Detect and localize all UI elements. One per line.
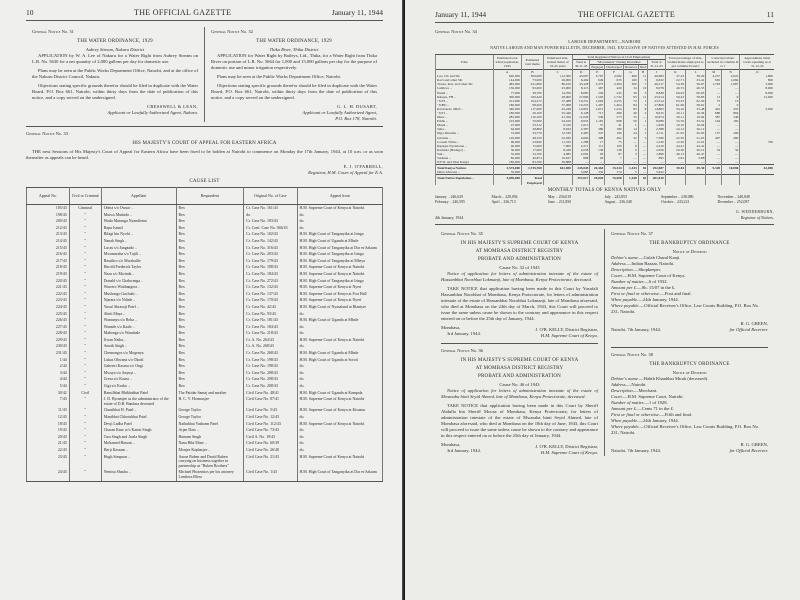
signature: E. J. O'FARRELL, Registrar, H.M. Court o… (26, 164, 383, 176)
table-row: 21/43"Mohamed Hassan ..Nana Bibi Mase ..… (27, 440, 383, 447)
month-name: April (492, 200, 500, 204)
monthly-total: June .. 231,850 (548, 200, 605, 205)
notice-body: Plans may be seen at the Public Works De… (32, 68, 198, 80)
table-row: 24/43"Nemisa Shasha ..Michael Photentios… (27, 469, 383, 481)
table-cell: 2/44 (27, 363, 70, 370)
table-cell: " (69, 363, 101, 370)
table-cell: The Patidar Samaj and another (176, 390, 244, 397)
notice-intro: Notice of application for letters of adm… (441, 388, 598, 400)
table-cell: " (69, 291, 101, 298)
month-value: 246,595 (453, 200, 465, 204)
table-cell: 15,508 (605, 175, 623, 185)
month-name: October (661, 200, 673, 204)
table-row: 230/43"Amrik Singh ..RexCr. A. No. 268/4… (27, 343, 383, 350)
table-cell: H.M. High Court of Tanganyika at Dar es … (297, 245, 382, 252)
date: 3rd January, 1944. (441, 448, 481, 454)
table-cell: " (69, 383, 101, 390)
table-row: 1/44"Lukas Obwana s/o OkodiRexCr. Case N… (27, 357, 383, 364)
table-cell: 24/43 (27, 469, 70, 481)
table-cell: Mabonga s/o Wanabale (101, 330, 176, 337)
table-cell: H.M. Supreme Court of Kenya at Nyeri (297, 297, 382, 304)
notice-body: TAKE NOTICE that application having been… (441, 286, 598, 322)
table-cell: Nanak Singh .. (101, 238, 176, 245)
right-column: General Notice No. 37 THE BANKRUPTCY ORD… (604, 229, 774, 456)
table-cell: H.M. High Court of Tanganyika at Dar es … (297, 469, 382, 481)
detail-key: Number of matter. (611, 279, 644, 284)
monthly-total: December .. 252,087 (718, 200, 775, 205)
table-cell: Rex (176, 343, 244, 350)
table-cell: Rex (176, 311, 244, 318)
detail-key: Court. (611, 273, 623, 278)
table-cell: " (69, 245, 101, 252)
signer-name: G. WEDDERBURN, (736, 209, 774, 215)
column-header: Civil or Criminal (69, 188, 101, 205)
table-cell: Michael Photentios per his attorney Lamb… (176, 469, 244, 481)
divider (611, 347, 768, 348)
right-page: January 11, 1944 THE OFFICIAL GAZETTE 11… (405, 0, 800, 600)
detail-value: —Habib Khanbhai Mirak (deceased). (639, 376, 708, 381)
notice-subheading: PROBATE AND ADMINISTRATION (441, 257, 598, 263)
table-cell: " (69, 271, 101, 278)
table-cell: Civil Case No. 73/43 (244, 427, 297, 434)
table-cell: Harold Frederick Tayler (101, 264, 176, 271)
signature-block: Mombasa,3rd January, 1944. J. O'B. KELLY… (441, 442, 598, 456)
signature: J. O'B. KELLY, District Registrar,H.M. S… (535, 327, 598, 339)
table-row: 11/43"Chunibhai H. Patel ..George Taylor… (27, 407, 383, 414)
page-number: 10 (26, 8, 34, 17)
notice-body: TAKE NOTICE that application having been… (441, 403, 598, 439)
table-cell: 214/43 (27, 238, 70, 245)
table-cell: Rex (176, 278, 244, 285)
table-row: 220/43"Donald s/o Chabwanga ..RexCr. Cas… (27, 278, 383, 285)
divider (435, 224, 774, 225)
divider (441, 343, 598, 344)
notice-heading: LABOUR DEPARTMENT—NAIROBI (435, 39, 774, 45)
left-running-header: 10 THE OFFICIAL GAZETTE January 11, 1944 (26, 8, 383, 21)
table-cell: George Taylor (176, 414, 244, 421)
month-name: June (548, 200, 555, 204)
table-cell: 200/43 (27, 218, 70, 225)
table-cell (706, 175, 722, 185)
detail-key: Address. (611, 382, 627, 387)
table-cell: Rex (176, 304, 244, 311)
table-cell: Yusuf Abrasoji Patel .. (101, 304, 176, 311)
detail-key: Description. (611, 388, 634, 393)
table-row: 212/43"Bapu IsmailRexCr. Conf. Case No. … (27, 225, 383, 232)
table-row: 30/42CivilBansilbhai Bhikhabhai PatelThe… (27, 390, 383, 397)
notice-38: General Notice No. 38 THE BANKRUPTCY ORD… (611, 352, 768, 454)
notice-body: APPLICATION by W. A. Lee of Nakuru for a… (32, 53, 198, 65)
monthly-total: April .. 236,713 (492, 200, 549, 205)
table-cell: Rex (176, 271, 244, 278)
table-row: 3/44"Mwaya s/o Anyuyi ..RexCr. Case No. … (27, 370, 383, 377)
notice-intro: Notice of application for letters of adm… (441, 271, 598, 283)
table-row: 222/43"Mushongo Gachuhi ..RexCr. Case No… (27, 291, 383, 298)
notice-label: General Notice No. 35 (441, 231, 598, 237)
table-cell: " (69, 304, 101, 311)
column-header: Appellant (101, 188, 176, 205)
table-cell: Rex (176, 218, 244, 225)
notice-heading: THE WATER ORDINANCE, 1929 (32, 39, 198, 45)
detail-key: Amount per £. (611, 285, 637, 290)
table-cell: 221/43 (27, 284, 70, 291)
signature: G. WEDDERBURN, Registrar of Natives. (736, 209, 774, 220)
table-cell: " (69, 258, 101, 265)
table-cell: " (69, 447, 101, 454)
notice-37: General Notice No. 37 THE BANKRUPTCY ORD… (611, 231, 768, 333)
monthly-total: August .. 236,348 (605, 200, 662, 205)
notice-body: Objections stating specific grounds ther… (211, 83, 377, 101)
table-cell: " (69, 317, 101, 324)
table-cell: J. D. Byramjee as the administrator of t… (101, 396, 176, 407)
table-cell: Civil A. No. 19/43 (244, 434, 297, 441)
table-cell: Criminal (69, 205, 101, 212)
signer-title: H.M. Supreme Court of Kenya. (535, 333, 598, 339)
notice-subheading: PROBATE AND ADMINISTRATION (441, 374, 598, 380)
table-cell: " (69, 212, 101, 219)
table-row: 228/43"Mabonga s/o WanabaleRexCr. Case N… (27, 330, 383, 337)
table-cell: Civil Case No. 112/43 (244, 421, 297, 428)
table-cell: Rex (176, 205, 244, 212)
column-header: Estimated able-bodied males of 16-45 yea… (543, 54, 572, 69)
table-row: 218/43"Harold Frederick TaylerRexCr. Cas… (27, 264, 383, 271)
table-cell: do. (297, 414, 382, 421)
table-cell: " (69, 238, 101, 245)
table-cell: 3/44 (27, 370, 70, 377)
table-cell (722, 175, 740, 185)
cause-list-table: Appeal No. Civil or Criminal Appellant R… (26, 187, 383, 482)
table-row: 198/43"Mutwa Mutindo ..Rexdo.do. (27, 212, 383, 219)
notice-31: General Notice No. 31 THE WATER ORDINANC… (26, 27, 204, 122)
table-cell: " (69, 440, 101, 447)
place-date: Mombasa,3rd January, 1944. (441, 325, 481, 339)
left-column: General Notice No. 35 IN HIS MAJESTY'S S… (435, 229, 604, 456)
table-cell: Rex (176, 330, 244, 337)
table-cell: H.M. Supreme Court of Kenya at Nairobi (297, 421, 382, 428)
table-row: 2/44"Gabrieri Kasasa s/o OngiRexCr. Case… (27, 363, 383, 370)
table-cell: Nathubhai Vashram Patel (176, 421, 244, 428)
table-cell: Civil Case No. 12/43 (244, 414, 297, 421)
table-row: Total Native Population ..3,859,000Total… (436, 175, 775, 185)
month-name: January (435, 195, 447, 199)
table-cell: Rex (176, 317, 244, 324)
table-cell: do. (297, 324, 382, 331)
table-cell: H.M. High Court of Uganda at Mbale (297, 238, 382, 245)
table-cell: " (69, 370, 101, 377)
table-cell: Wamanyu s/o Reka .. (101, 317, 176, 324)
detail-value: —24th January, 1944. (638, 297, 679, 302)
month-value: 236,713 (503, 200, 515, 204)
table-cell: Cr. Case No. 132/43 (244, 284, 297, 291)
table-cell: Cr. Case No. 179/43 (244, 258, 297, 265)
table-row: 214/43"Nanak Singh ..RexCr. Case No. 142… (27, 238, 383, 245)
column-header: Total percentage of able-bodied males em… (665, 54, 706, 69)
table-row: 4/44"Gresa s/o Kaura ..RexCr. Case No. 2… (27, 376, 383, 383)
detail-line: Where payable.—Official Receiver's Offic… (611, 424, 768, 436)
table-cell: Rex (176, 350, 244, 357)
table-cell: Cr. Case No. 268/43 (244, 350, 297, 357)
table-cell: Bansilbhai Bhikhabhai Patel (101, 390, 176, 397)
table-cell: 30/42 (27, 390, 70, 397)
table-cell: " (69, 297, 101, 304)
detail-value: —Fifth and final. (660, 412, 692, 417)
table-cell: H.M. High Court of Tanganyika at Iringa (297, 231, 382, 238)
month-name: February (435, 200, 449, 204)
table-cell: Rex (176, 212, 244, 219)
detail-key: Address. (611, 261, 627, 266)
notice-32: General Notice No. 32 THE WATER ORDINANC… (204, 27, 383, 122)
table-cell: do. (297, 330, 382, 337)
table-cell: 5/44 (27, 383, 70, 390)
month-value: 236,348 (619, 200, 631, 204)
table-cell: H.M. High Court of Nyasaland at Blantyre (297, 304, 382, 311)
table-cell: H.M. Supreme Court of Kenya at Nairobi (297, 396, 382, 407)
table-cell: Manibhai Chhotubhai Patel (101, 414, 176, 421)
table-cell (740, 175, 774, 185)
table-row: 23/43"Hugh Simpson ..Aaron Ruben and Dav… (27, 454, 383, 470)
detail-value: —Gulab Chand Kanji. (639, 255, 680, 260)
table-cell: " (69, 421, 101, 428)
table-cell: Rex (176, 245, 244, 252)
table-cell: 228/43 (27, 330, 70, 337)
divider (26, 126, 383, 127)
left-page: 10 THE OFFICIAL GAZETTE January 11, 1944… (0, 0, 403, 600)
table-cell: Mushongo Gachuhi .. (101, 291, 176, 298)
column-header: Discharged (605, 64, 623, 69)
table-cell: 21/43 (27, 440, 70, 447)
column-header: Respondent (176, 188, 244, 205)
table-cell: " (69, 414, 101, 421)
table-cell: " (69, 264, 101, 271)
notice-34-footer: 4th January, 1944. G. WEDDERBURN, Regist… (435, 207, 774, 220)
table-row: 226/43"Wamanyu s/o Reka ..RexCr. Case No… (27, 317, 383, 324)
month-value: 238,080 (681, 195, 693, 199)
month-value: 248,848 (737, 195, 749, 199)
table-cell: Cr. Case No. 93/43 (244, 311, 297, 318)
column-group-header: "Movements" During December (590, 59, 648, 64)
cause-list-body: 105/43CriminalOdera s/o Owuor ..RexCr. C… (27, 205, 383, 482)
month-name: August (605, 200, 616, 204)
table-cell (686, 175, 706, 185)
detail-value: —6 of 1932. (644, 279, 667, 284)
table-row: 7/43"J. D. Byramjee as the administrator… (27, 396, 383, 407)
table-cell: " (69, 231, 101, 238)
table-cell: do. (297, 343, 382, 350)
monthly-totals: January .. 246,629March .. 228,094May ..… (435, 195, 774, 204)
table-cell: " (69, 396, 101, 407)
table-cell: Wadu Mutunga Nyandiema (101, 218, 176, 225)
table-cell: Jiwan Nathu .. (101, 337, 176, 344)
column-header: Total at 30-11-43 (572, 59, 589, 69)
table-cell: 217/43 (27, 258, 70, 265)
table-cell: 218/43 (27, 264, 70, 271)
table-cell: H.M. Supreme Court of Kenya at Fort Hall (297, 291, 382, 298)
table-cell: Nemisa Shasha .. (101, 469, 176, 481)
table-cell: Rex (176, 264, 244, 271)
table-row: 217/43"Bassiliro s/o MwakalileRexCr. Cas… (27, 258, 383, 265)
table-cell: 216/43 (27, 251, 70, 258)
table-cell: Donald s/o Chabwanga .. (101, 278, 176, 285)
table-cell: Gigi s/o Krako .. (101, 383, 176, 390)
table-cell: 227/43 (27, 324, 70, 331)
table-cell: 82 (638, 175, 648, 185)
notice-34: General Notice No. 34 LABOUR DEPARTMENT—… (435, 29, 774, 220)
table-cell: Tara Singh and Jwala Singh (101, 434, 176, 441)
table-cell: 12/43 (27, 414, 70, 421)
table-row: 20/43"Tara Singh and Jwala SinghHarnam S… (27, 434, 383, 441)
table-cell: Cr. Case No. 184/43 (244, 271, 297, 278)
table-row: 200/43"Wadu Mutunga NyandiemaRexCr. Case… (27, 218, 383, 225)
table-cell: do. (244, 212, 297, 219)
table-cell: H.M. High Court of Tanganyika at Mbeya (297, 258, 382, 265)
issue-date: January 11, 1944 (332, 8, 383, 17)
table-header-row: Appeal No. Civil or Criminal Appellant R… (27, 188, 383, 205)
notice-body: Plans may be seen at the Public Works De… (211, 74, 377, 80)
table-cell: 261,810 (648, 175, 665, 185)
table-cell: Mutwa Mutindo .. (101, 212, 176, 219)
month-value: 252,087 (737, 200, 749, 204)
table-cell: Mwamaraha s/o Tujili .. (101, 251, 176, 258)
notice-label: General Notice No. 36 (441, 348, 598, 354)
table-cell: do. (297, 363, 382, 370)
table-cell: 198/43 (27, 212, 70, 219)
table-cell: 20/43 (27, 434, 70, 441)
notice-body: APPLICATION for Water Right by Baileys, … (211, 53, 377, 71)
table-cell: do. (297, 434, 382, 441)
table-cell: 3,859,000 (493, 175, 521, 185)
table-cell: H.M. Supreme Court of Kenya at Nyeri (297, 284, 382, 291)
table-cell: Cr. Case No. 188/43 (244, 264, 297, 271)
table-cell: 22/43 (27, 447, 70, 454)
table-cell: Odera s/o Owuor .. (101, 205, 176, 212)
detail-value: —H.M. Supreme Court of Kenya. (623, 273, 686, 278)
detail-value: —Sh. 15/07 in the £. (637, 285, 675, 290)
detail-key: Number of matter. (611, 400, 644, 405)
table-cell: Wanade s/o Kaale .. (101, 324, 176, 331)
table-cell: " (69, 251, 101, 258)
column-header: Original No. of Case (244, 188, 297, 205)
table-cell: H.M. High Court of Uganda at Mbale (297, 317, 382, 324)
month-name: March (492, 195, 502, 199)
table-cell: 23/43 (27, 454, 70, 470)
signature-block: Nairobi, 7th January, 1944. R. G. GREEN,… (611, 440, 768, 454)
table-cell: do. (297, 311, 382, 318)
table-cell: Cr. Case No. 181/43 (244, 317, 297, 324)
detail-line: Where payable.—Official Receiver's Offic… (611, 303, 768, 315)
column-header: Appeal No. (27, 188, 70, 205)
detail-key: Description. (611, 267, 634, 272)
column-header: Approximate tribal totals squatting as a… (740, 54, 774, 69)
column-header: Appeal from (297, 188, 382, 205)
notice-label: General Notice No. 37 (611, 231, 768, 237)
table-cell: 225/43 (27, 311, 70, 318)
table-cell: Amrik Singh .. (101, 343, 176, 350)
gazette-title: THE OFFICIAL GAZETTE (578, 10, 675, 19)
monthly-total: February .. 246,595 (435, 200, 492, 205)
table-cell: Cr. Case No. 272/43 (244, 278, 297, 285)
table-row: 225/43"Abeti Maya ..RexCr. Case No. 93/4… (27, 311, 383, 318)
table-cell: 222/43 (27, 291, 70, 298)
labour-table-body: Luo, CK and SK620,000300,000112,50045,06… (436, 74, 775, 184)
table-cell: Chunibhai H. Patel .. (101, 407, 176, 414)
signer-address: P.O. Box 178, Nairobi. (211, 116, 377, 122)
notice-heading: THE WATER ORDINANCE, 1929 (211, 39, 377, 45)
table-cell: " (69, 337, 101, 344)
table-row: 227/43"Wanade s/o Kaale ..RexCr. Case No… (27, 324, 383, 331)
table-cell: Mwaya s/o Anyuyi .. (101, 370, 176, 377)
detail-value: —Nairobi. (627, 382, 647, 387)
table-row: 5/44"Gigi s/o Krako ..RexCr. Case No. 20… (27, 383, 383, 390)
table-cell: H.M. High Court of Tanganyika at Iringa (297, 278, 382, 285)
table-cell: Civil Case No. 60/39 (244, 440, 297, 447)
table-cell: Lucas s/o Jangaado .. (101, 245, 176, 252)
table-cell: Cr. Case No. 102/43 (244, 231, 297, 238)
table-cell: Rex (176, 363, 244, 370)
table-cell: Rex (176, 357, 244, 364)
column-header: Total at 31-12-43 (648, 59, 665, 69)
notice-body: THE next Sessions of His Majesty's Court… (26, 149, 383, 161)
table-cell: 11/43 (27, 407, 70, 414)
table-cell: Cr. Conf. Case No. 946/43 (244, 225, 297, 232)
column-header: Conscript labour included in columns D t… (706, 54, 740, 69)
column-header: Estimated total males (522, 54, 544, 69)
column-header: Tribe (436, 54, 494, 69)
table-cell: H.M. High Court of Uganda at Mbale (297, 350, 382, 357)
table-cell: Rex (176, 337, 244, 344)
labour-table: Tribe Estimated total tribal population,… (435, 54, 774, 185)
detail-value: —First and final. (660, 291, 692, 296)
table-cell: " (69, 376, 101, 383)
table-cell: do. (297, 440, 382, 447)
table-cell: Cr. A. No. 268/43 (244, 343, 297, 350)
notice-36: General Notice No. 36 IN HIS MAJESTY'S S… (441, 348, 598, 456)
table-cell: Civil Case No. 1/43 (244, 469, 297, 481)
table-cell: Rex (176, 324, 244, 331)
table-cell (543, 175, 572, 185)
detail-key: Debtor's name. (611, 376, 639, 381)
notice-33: General Notice No. 33 HIS MAJESTY'S COUR… (26, 131, 383, 482)
table-cell: Rex (176, 251, 244, 258)
table-header-row: Tribe Estimated total tribal population,… (436, 54, 775, 59)
table-cell: 20,820 (590, 175, 605, 185)
signature: J. O'B. KELLY, District Registrar,H.M. S… (535, 444, 598, 456)
notice-heading: HIS MAJESTY'S COURT OF APPEAL FOR EASTER… (26, 141, 383, 147)
notice-label: General Notice No. 32 (211, 29, 377, 35)
detail-key: Debtor's name. (611, 255, 639, 260)
signer-title: Registrar of Natives. (736, 215, 774, 221)
notice-heading: THE BANKRUPTCY ORDINANCE (611, 362, 768, 368)
table-row: 221/43"Wawero Waithangera ..RexCr. Case … (27, 284, 383, 291)
table-cell: do. (297, 383, 382, 390)
table-cell: H.M. High Court of Uganda at Kampala (297, 390, 382, 397)
place-date: Nairobi, 7th January, 1944. (611, 448, 661, 454)
table-cell: George Taylor (176, 407, 244, 414)
column-header: Estimated total tribal population, 1943 (493, 54, 521, 69)
table-cell: Gabrieri Kasasa s/o Ongi (101, 363, 176, 370)
table-cell: Njarara s/o Ndiale .. (101, 297, 176, 304)
table-cell: do. (297, 427, 382, 434)
table-cell: 7/43 (27, 396, 70, 407)
table-cell: 224/43 (27, 304, 70, 311)
table-cell: Cr. Case No. 142/43 (244, 238, 297, 245)
table-row: 12/43"Manibhai Chhotubhai PatelGeorge Ta… (27, 414, 383, 421)
place-date: Mombasa,3rd January, 1944. (441, 442, 481, 456)
table-cell: 257,617 (572, 175, 589, 185)
table-cell: Hugh Simpson .. (101, 454, 176, 470)
notice-label: General Notice No. 33 (26, 131, 383, 137)
bulletin-title: NATIVE LABOUR AND MAN POWER BULLETIN, DE… (435, 46, 774, 52)
month-value: 245,853 (615, 195, 627, 199)
